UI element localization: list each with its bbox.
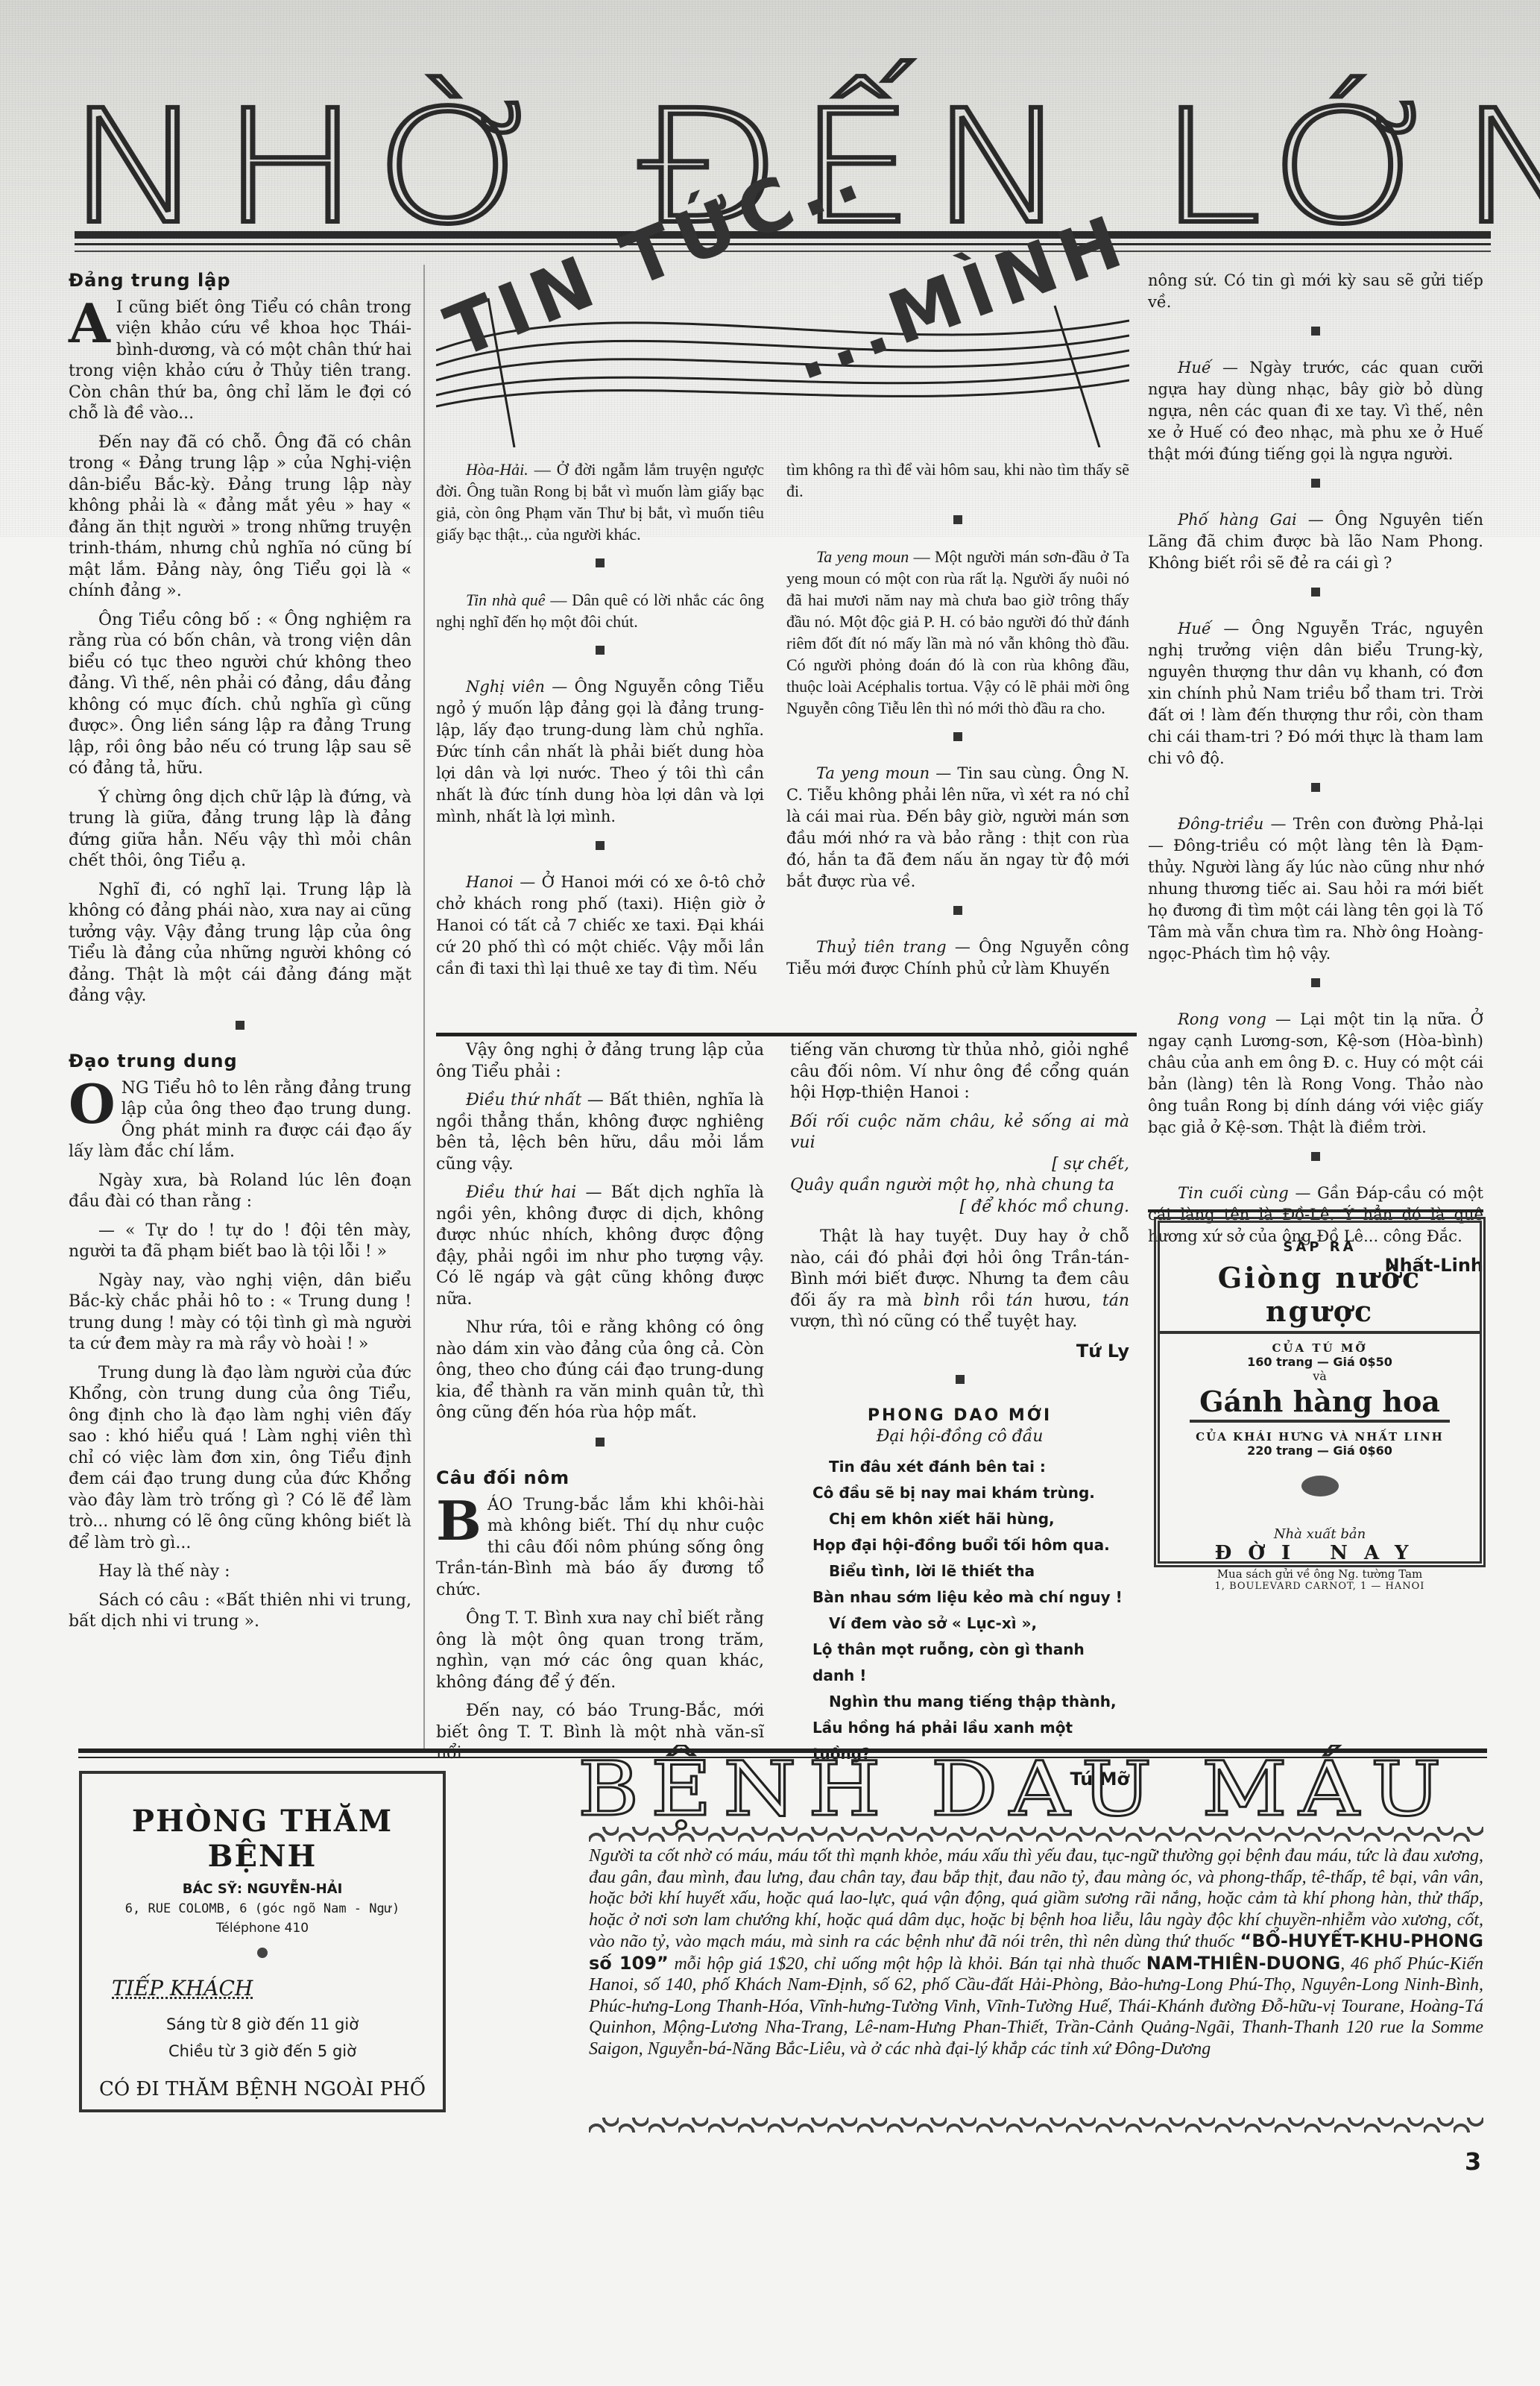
page-number: 3	[1465, 2147, 1481, 2176]
ad-author-2: CỦA KHÁI HƯNG VÀ NHẤT LINH	[1160, 1430, 1480, 1444]
article-paragraph: tiếng văn chương từ thủa nhỏ, giỏi nghề …	[790, 1040, 1129, 1104]
article-paragraph: Hay là thế này :	[69, 1561, 411, 1583]
ad-publisher-label: Nhà xuất bản	[1160, 1526, 1480, 1542]
clinic-hours-afternoon: Chiều từ 3 giờ đến 5 giờ	[82, 2042, 443, 2060]
article-paragraph: Trung dung là đạo làm người của đức Khổn…	[69, 1363, 411, 1555]
clinic-phone: Téléphone 410	[82, 1921, 443, 1936]
book-advertisement: SẮP RA Giòng nước ngược CỦA TÚ MỠ 160 tr…	[1154, 1217, 1486, 1567]
news-column-3: nông sứ. Có tin gì mới kỳ sau sẽ gửi tiế…	[1148, 270, 1483, 1277]
masthead-rule	[75, 251, 1491, 252]
news-item: Phố hàng Gai — Ông Nguyên tiến Lãng đã c…	[1148, 509, 1483, 574]
section-title-dang-trung-lap: Đảng trung lập	[69, 270, 411, 292]
news-item: Rong vong — Lại một tin lạ nữa. Ở ngay c…	[1148, 1009, 1483, 1139]
news-item: Hòa-Hải. — Ở đời ngẫm lắm truyện ngược đ…	[436, 459, 764, 545]
continuation-column-2: tiếng văn chương từ thủa nhỏ, giỏi nghề …	[790, 1040, 1129, 1789]
clinic-address: 6, RUE COLOMB, 6 (góc ngõ Nam - Ngư)	[82, 1901, 443, 1916]
couplet-verse: Bối rối cuộc năm châu, kẻ sống ai mà vui…	[790, 1112, 1129, 1218]
left-column: Đảng trung lập AI cũng biết ông Tiểu có …	[69, 270, 411, 1640]
ad-info-2: 220 trang — Giá 0$60	[1160, 1444, 1480, 1458]
ad-address: 1, BOULEVARD CARNOT, 1 — HANOI	[1160, 1581, 1480, 1592]
clinic-advertisement: PHÒNG THĂM BỆNH BÁC SỸ: NGUYỄN-HẢI 6, RU…	[79, 1771, 446, 2112]
ad-publisher: ĐỜI NAY	[1160, 1542, 1480, 1564]
news-column-1: Hòa-Hải. — Ở đời ngẫm lắm truyện ngược đ…	[436, 459, 764, 987]
poem-title: PHONG DAO MỚI	[790, 1406, 1129, 1427]
ornament-oval-icon	[1301, 1476, 1339, 1496]
article-paragraph: Thật là hay tuyệt. Duy hay ở chỗ nào, cá…	[790, 1227, 1129, 1333]
article-paragraph: Điều thứ nhất — Bất thiên, nghĩa là ngồi…	[436, 1090, 764, 1175]
news-item: Đông-triều — Trên con đường Phả-lại — Đô…	[1148, 813, 1483, 965]
poem-subtitle: Đại hội-đồng cô đầu	[790, 1426, 1129, 1448]
medicine-ad-title: BỆNH DAU MÁU	[578, 1756, 1540, 1823]
news-item: Hanoi — Ở Hanoi mới có xe ô-tô chở chở k…	[436, 872, 764, 980]
article-paragraph: AI cũng biết ông Tiểu có chân trong viện…	[69, 298, 411, 425]
article-paragraph: Nghĩ đi, có nghĩ lại. Trung lập là không…	[69, 880, 411, 1007]
medicine-ad-body: Người ta cốt nhờ có máu, máu tốt thì mạn…	[589, 1845, 1483, 2059]
ad-order-info: Mua sách gửi về ông Ng. tường Tam	[1160, 1567, 1480, 1581]
clinic-hours-morning: Sáng từ 8 giờ đến 11 giờ	[82, 2015, 443, 2033]
article-paragraph: Ông Tiểu công bố : « Ông nghiệm ra rằng …	[69, 610, 411, 780]
news-item: Ta yeng moun — Tin sau cùng. Ông N. C. T…	[786, 763, 1129, 893]
ad-book-title-2: Gánh hàng hoa	[1160, 1385, 1480, 1418]
continuation-column-1: Vậy ông nghị ở đảng trung lập của ông Ti…	[436, 1040, 764, 1772]
ad-info-1: 160 trang — Giá 0$50	[1160, 1355, 1480, 1369]
article-paragraph: BÁO Trung-bắc lắm khi khôi-hài mà không …	[436, 1495, 764, 1602]
ad-author-1: CỦA TÚ MỠ	[1160, 1341, 1480, 1355]
news-item: nông sứ. Có tin gì mới kỳ sau sẽ gửi tiế…	[1148, 270, 1483, 313]
article-paragraph: Ngày nay, vào nghị viện, dân biểu Bắc-kỳ…	[69, 1271, 411, 1356]
article-paragraph: Vậy ông nghị ở đảng trung lập của ông Ti…	[436, 1040, 764, 1083]
article-paragraph: ONG Tiểu hô to lên rằng đảng trung lập c…	[69, 1078, 411, 1163]
dropcap-letter: B	[436, 1498, 482, 1544]
article-paragraph: Ý chừng ông dịch chữ lập là đứng, và tru…	[69, 787, 411, 872]
ad-coming-soon: SẮP RA	[1160, 1239, 1480, 1255]
ornament-divider	[69, 1016, 411, 1038]
section-rule	[436, 1033, 1137, 1036]
article-paragraph: Điều thứ hai — Bất dịch nghĩa là ngồi yê…	[436, 1183, 764, 1310]
wavy-border	[589, 2118, 1483, 2132]
news-item: Nghị viên — Ông Nguyễn công Tiễu ngỏ ý m…	[436, 676, 764, 828]
section-rule	[1148, 1209, 1483, 1212]
section-title-cau-doi-nom: Câu đối nôm	[436, 1467, 764, 1489]
news-item: tìm không ra thì để vài hôm sau, khi nào…	[786, 459, 1129, 502]
clinic-note: CÓ ĐI THĂM BỆNH NGOÀI PHỐ	[82, 2078, 443, 2100]
article-paragraph: Như rứa, tôi e rằng không có ông nào dám…	[436, 1318, 764, 1424]
section-title-dao-trung-dung: Đạo trung dung	[69, 1051, 411, 1072]
news-item: Huế — Ngày trước, các quan cưỡi ngựa hay…	[1148, 357, 1483, 465]
article-paragraph: Sách có câu : «Bất thiên nhi vi trung, b…	[69, 1590, 411, 1633]
dropcap-letter: O	[69, 1081, 116, 1127]
article-paragraph: — « Tự do ! tự do ! đội tên mày, người t…	[69, 1221, 411, 1263]
news-item: Thuỷ tiên trang — Ông Nguyễn công Tiễu m…	[786, 937, 1129, 980]
news-column-2: tìm không ra thì để vài hôm sau, khi nào…	[786, 459, 1129, 987]
article-paragraph: Ông T. T. Bình xưa nay chỉ biết rằng ông…	[436, 1608, 764, 1693]
clinic-doctor: BÁC SỸ: NGUYỄN-HẢI	[82, 1881, 443, 1897]
news-header-illustration: TIN TỨC.. ...MÌNH	[436, 268, 1129, 447]
dropcap-letter: A	[69, 300, 110, 347]
article-paragraph: Đến nay đã có chỗ. Ông đã có chân trong …	[69, 432, 411, 602]
article-paragraph: Ngày xưa, bà Roland lúc lên đoạn đầu đài…	[69, 1171, 411, 1213]
column-divider	[423, 265, 425, 1748]
wavy-border	[589, 1827, 1483, 1842]
poem-body: Tin đâu xét đánh bên tai : Cô đầu sẽ bị …	[790, 1454, 1129, 1767]
clinic-hours-title: TIẾP KHÁCH	[82, 1976, 443, 2001]
news-item: Ta yeng moun — Một người mán sơn-đầu ở T…	[786, 546, 1129, 719]
news-item: Huế — Ông Nguyễn Trác, nguyên nghị trưởn…	[1148, 618, 1483, 769]
signature-tu-ly: Tứ Ly	[790, 1341, 1129, 1362]
clinic-title: PHÒNG THĂM BỆNH	[82, 1804, 443, 1874]
ad-book-title-1: Giòng nước ngược	[1160, 1261, 1480, 1328]
news-item: Tin nhà quê — Dân quê có lời nhắc các ôn…	[436, 589, 764, 632]
ornament-rosette-icon	[257, 1948, 268, 1958]
